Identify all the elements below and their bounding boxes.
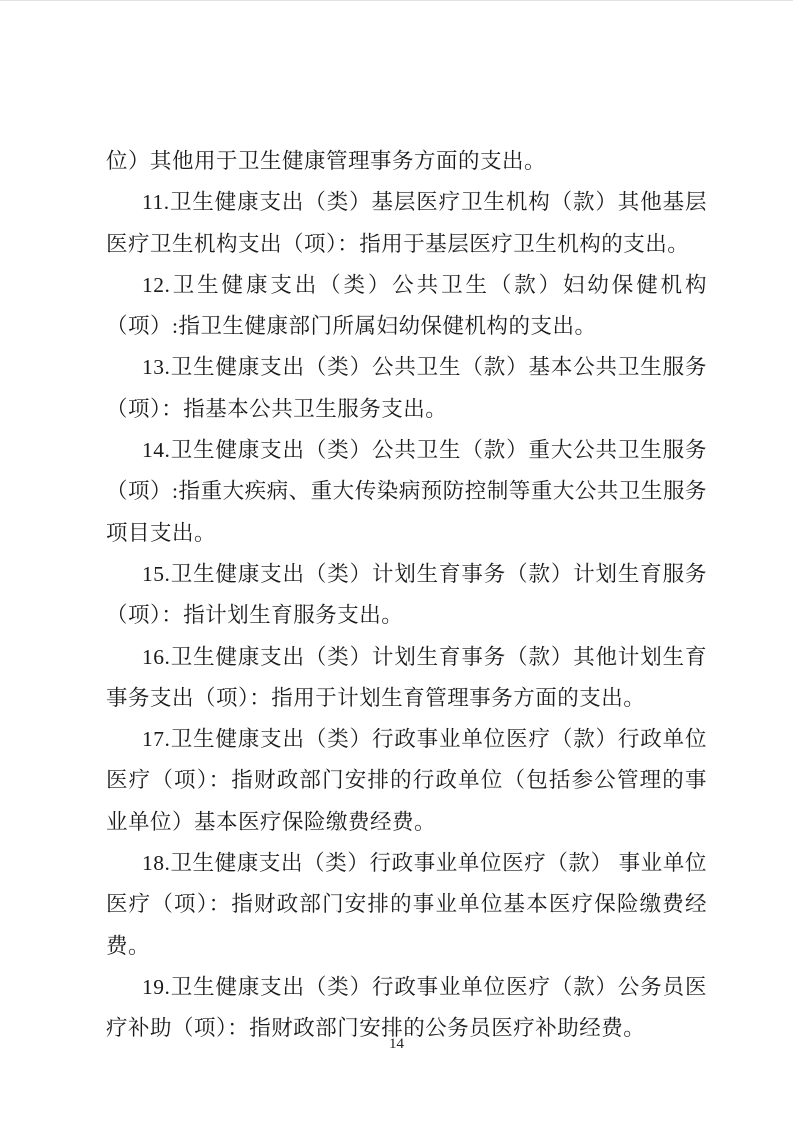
paragraph: 16.卫生健康支出（类）计划生育事务（款）其他计划生育事务支出（项）：指用于计划… [106, 637, 707, 720]
paragraph: 17.卫生健康支出（类）行政事业单位医疗（款）行政单位医疗（项）：指财政部门安排… [106, 719, 707, 843]
paragraph: 14.卫生健康支出（类）公共卫生（款）重大公共卫生服务（项）:指重大疾病、重大传… [106, 430, 707, 554]
paragraph: 11.卫生健康支出（类）基层医疗卫生机构（款）其他基层医疗卫生机构支出（项）：指… [106, 182, 707, 265]
paragraph: 位）其他用于卫生健康管理事务方面的支出。 [106, 141, 707, 182]
paragraph: 15.卫生健康支出（类）计划生育事务（款）计划生育服务（项）：指计划生育服务支出… [106, 554, 707, 637]
paragraph: 18.卫生健康支出（类）行政事业单位医疗（款） 事业单位医疗（项）：指财政部门安… [106, 843, 707, 967]
page-number: 14 [389, 1036, 404, 1052]
page-footer: 14 [0, 1033, 793, 1055]
paragraph: 13.卫生健康支出（类）公共卫生（款）基本公共卫生服务（项）：指基本公共卫生服务… [106, 347, 707, 430]
paragraph: 12.卫生健康支出（类）公共卫生（款）妇幼保健机构（项）:指卫生健康部门所属妇幼… [106, 265, 707, 348]
document-body: 位）其他用于卫生健康管理事务方面的支出。11.卫生健康支出（类）基层医疗卫生机构… [106, 141, 707, 1050]
document-page: 位）其他用于卫生健康管理事务方面的支出。11.卫生健康支出（类）基层医疗卫生机构… [0, 0, 793, 1122]
